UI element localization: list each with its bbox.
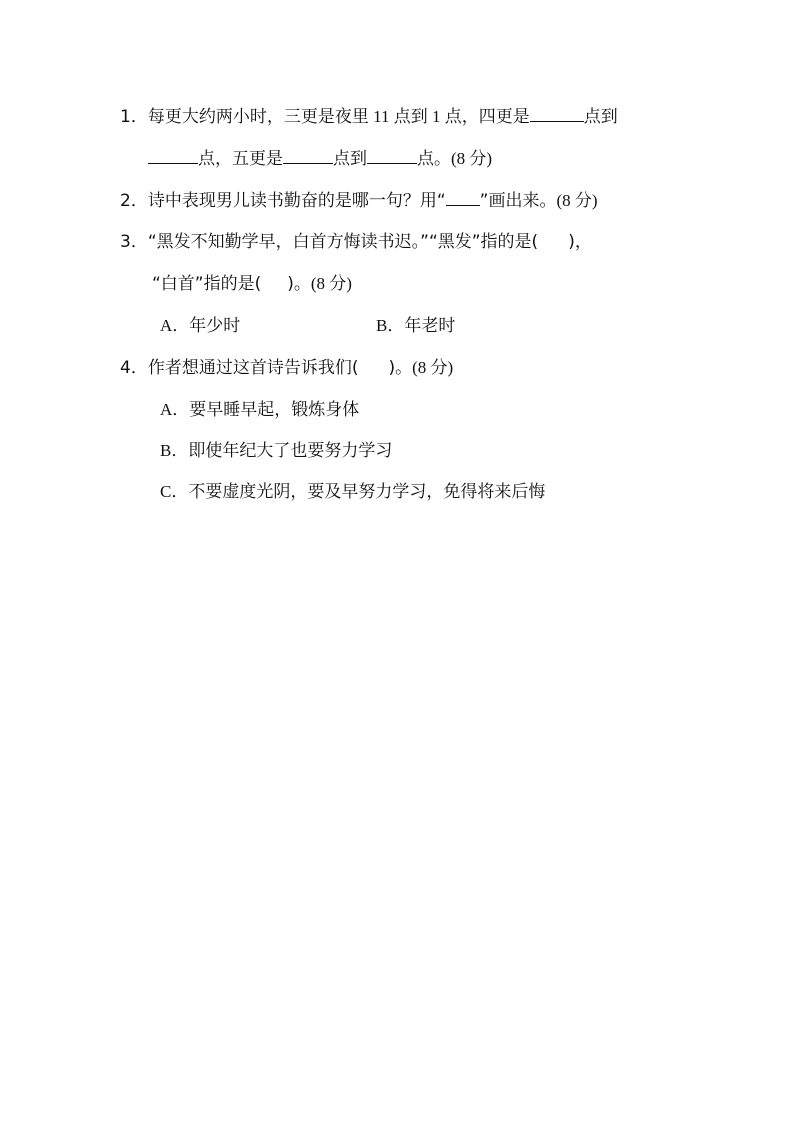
question-text: )， bbox=[568, 232, 592, 252]
question-number: 2． bbox=[120, 191, 148, 211]
option-3a[interactable]: A．年少时 bbox=[160, 315, 240, 337]
question-text: 每更大约两小时，三更是夜里 bbox=[148, 107, 369, 127]
answer-blank[interactable] bbox=[148, 148, 198, 164]
question-text: 点，五更是 bbox=[198, 149, 283, 169]
question-text: 点到 bbox=[333, 149, 367, 169]
option-label: B． bbox=[160, 441, 188, 460]
question-1-line-1: 1．每更大约两小时，三更是夜里 11 点到 1 点，四更是点到 bbox=[120, 106, 618, 128]
question-text: 1 bbox=[428, 107, 445, 126]
answer-blank[interactable] bbox=[283, 148, 333, 164]
question-2: 2．诗中表现男儿读书勤奋的是哪一句？用“”画出来。(8 分) bbox=[120, 190, 598, 212]
question-1-line-2: 点，五更是点到点。(8 分) bbox=[148, 148, 492, 170]
option-text: 要早睡早起，锻炼身体 bbox=[189, 400, 359, 420]
question-text: 点，四更是 bbox=[445, 107, 530, 127]
score-label: (8 分) bbox=[311, 274, 352, 293]
answer-blank[interactable] bbox=[367, 148, 417, 164]
question-number: 3． bbox=[120, 232, 148, 252]
option-4a[interactable]: A．要早睡早起，锻炼身体 bbox=[160, 399, 359, 421]
score-label: (8 分) bbox=[556, 191, 597, 210]
question-text: )。 bbox=[287, 274, 311, 294]
question-3-line-2: “白首”指的是()。(8 分) bbox=[152, 273, 352, 295]
option-label: A． bbox=[160, 400, 189, 419]
option-text: 年老时 bbox=[404, 316, 455, 336]
option-text: 年少时 bbox=[189, 316, 240, 336]
question-text: 点。 bbox=[417, 149, 451, 169]
option-text: 即使年纪大了也要努力学习 bbox=[188, 441, 392, 461]
question-number: 1． bbox=[120, 107, 148, 127]
score-label: (8 分) bbox=[412, 358, 453, 377]
question-number: 4． bbox=[120, 358, 148, 378]
option-4b[interactable]: B．即使年纪大了也要努力学习 bbox=[160, 440, 392, 462]
question-text: )。 bbox=[388, 358, 412, 378]
option-3b[interactable]: B．年老时 bbox=[376, 315, 455, 337]
option-4c[interactable]: C．不要虚度光阴，要及早努力学习，免得将来后悔 bbox=[160, 481, 545, 503]
question-text: 点到 bbox=[394, 107, 428, 127]
question-text: 11 bbox=[369, 107, 394, 126]
answer-blank[interactable] bbox=[446, 190, 480, 206]
question-text: ”画出来。 bbox=[480, 191, 557, 211]
question-text: 诗中表现男儿读书勤奋的是哪一句？用“ bbox=[148, 191, 446, 211]
question-text: “白首”指的是( bbox=[152, 274, 261, 294]
answer-blank[interactable] bbox=[530, 106, 584, 122]
question-text: 点到 bbox=[584, 107, 618, 127]
question-4: 4．作者想通过这首诗告诉我们()。(8 分) bbox=[120, 357, 453, 379]
question-3-line-1: 3．“黑发不知勤学早，白首方悔读书迟。”“黑发”指的是()， bbox=[120, 231, 592, 253]
option-label: B． bbox=[376, 316, 404, 335]
question-text: 作者想通过这首诗告诉我们( bbox=[148, 358, 359, 378]
option-label: C． bbox=[160, 482, 188, 501]
option-text: 不要虚度光阴，要及早努力学习，免得将来后悔 bbox=[188, 482, 545, 502]
question-text: “黑发不知勤学早，白首方悔读书迟。”“黑发”指的是( bbox=[148, 232, 538, 252]
score-label: (8 分) bbox=[451, 149, 492, 168]
option-label: A． bbox=[160, 316, 189, 335]
